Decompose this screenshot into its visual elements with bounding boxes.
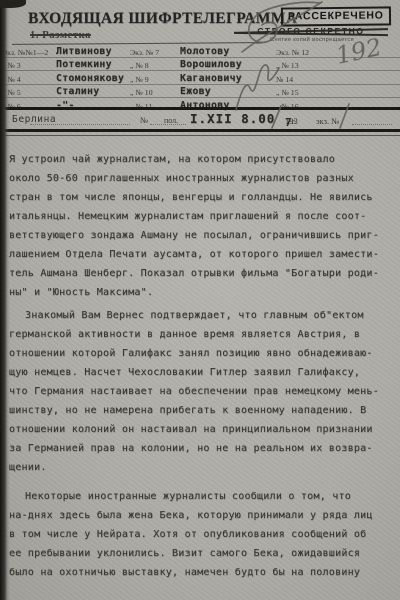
copy-number-label: „ № 3 xyxy=(2,61,56,70)
body-line: было на охотничью выставку, намечен будт… xyxy=(9,563,400,582)
year-suffix: г. xyxy=(292,116,297,126)
body-line: за Германией прав на колонии, но не на р… xyxy=(9,439,400,458)
secrecy-marking-struck: СТРОГО СЕКРЕТНО xyxy=(236,26,386,36)
body-line: в том числе у Нейрата. Хотя от опубликов… xyxy=(9,525,400,544)
body-line: германской активности в данное время явл… xyxy=(9,325,400,344)
body-line: щении. xyxy=(9,458,400,477)
copy-number-label: Экз. № 12 xyxy=(276,48,400,57)
body-line: Я устроил чай журналистам, на котором пр… xyxy=(9,150,400,169)
body-line: итальянцы. Немецким журналистам приглаше… xyxy=(9,207,400,226)
body-line: что Германия настаивает на обеспечении п… xyxy=(9,382,400,401)
paragraph: Некоторые иностранные журналисты сообщил… xyxy=(9,487,400,582)
scan-corner-artifact xyxy=(0,0,26,8)
recipient-name: Стомонякову xyxy=(56,73,130,84)
origin-line: Берлина № пол. I.XII 8.00 193 7г. экз. № xyxy=(0,110,400,128)
body-line: шинству, но не намерена прибегать к воен… xyxy=(9,401,400,420)
distribution-row: „ № 3 Потемкину „ № 8 Ворошилову „ № 13 xyxy=(0,58,400,72)
body-line: отношении которой Галифакс занял позицию… xyxy=(9,344,400,363)
copy-number-label: Экз. № 7 xyxy=(130,48,180,57)
body-line: ее пребывании уклонились. Визит самого Б… xyxy=(9,544,400,563)
telegram-body: Я устроил чай журналистам, на котором пр… xyxy=(0,150,400,582)
body-line: щую немцев. Насчет Чехословакии Гитлер з… xyxy=(9,363,400,382)
distribution-row: „ № 4 Стомонякову „ № 9 Кагановичу № 14 xyxy=(0,71,400,85)
copy-number-label: № 14 xyxy=(276,75,400,84)
received-datetime: I.XII 8.00 xyxy=(190,111,275,126)
blank-leader xyxy=(30,123,130,125)
copy-number-label: „ № 15 xyxy=(276,88,400,97)
telegram-document-scan: ВХОДЯЩАЯ ШИФРТЕЛЕГРАММА 1. Разметка РАСС… xyxy=(0,0,400,600)
copy-number-label: „ № 9 xyxy=(130,75,180,84)
recipient-name: Кагановичу xyxy=(180,73,276,84)
copy-number-field-label: экз. № xyxy=(316,116,339,126)
body-line: на-днях здесь была жена Бека, которую пр… xyxy=(9,506,400,525)
body-line: около 50-60 приглашенных иностранных жур… xyxy=(9,169,400,188)
distribution-row: Экз. №№1—2 Литвинову Экз. № 7 Молотову Э… xyxy=(0,44,400,58)
recipient-name: Ворошилову xyxy=(180,59,276,70)
copy-number-label: „ № 8 xyxy=(130,61,180,70)
recipient-name: Потемкину xyxy=(56,59,130,70)
copy-number-label: „ № 10 xyxy=(130,88,180,97)
scan-edge-shadow xyxy=(0,0,10,600)
received-label: пол. xyxy=(164,116,178,125)
rule-line-thin xyxy=(0,135,400,136)
body-line: Некоторые иностранные журналисты сообщил… xyxy=(9,487,400,506)
telegram-number-label: № xyxy=(140,115,148,125)
copy-number-label: „ № 4 xyxy=(2,75,56,84)
body-line: стран в том числе японцы, венгерцы и гол… xyxy=(9,188,400,207)
paragraph: Знакомый Вам Вернес подтверждает, что гл… xyxy=(9,306,400,477)
body-line: ны" и "Юность Максима". xyxy=(9,283,400,302)
paragraph: Я устроил чай журналистам, на котором пр… xyxy=(9,150,400,302)
copy-number-label: „ № 13 xyxy=(276,61,400,70)
recipient-name: Литвинову xyxy=(56,46,130,57)
recipient-name: Сталину xyxy=(56,86,130,97)
recipient-name: Ежову xyxy=(180,86,276,97)
body-line: тель Ашмана Шенберг. Показал отрывки фил… xyxy=(9,264,400,283)
declassified-stamp: РАССЕКРЕЧЕНО xyxy=(281,6,391,26)
section-label-struck: 1. Разметка xyxy=(30,30,91,41)
no-copies-notice: Снятие копий воспрещается xyxy=(237,37,387,43)
copy-number-label: „ № 5 xyxy=(2,88,56,97)
body-line: Знакомый Вам Вернес подтверждает, что гл… xyxy=(9,306,400,325)
blank-leader xyxy=(352,123,392,125)
recipient-name: Молотову xyxy=(180,46,276,57)
rule-line-heavy xyxy=(0,129,400,132)
copy-number-label: Экз. №№1—2 xyxy=(2,48,56,57)
distribution-table: Экз. №№1—2 Литвинову Экз. № 7 Молотову Э… xyxy=(0,44,400,111)
body-line: отношении колоний он настаивал на принци… xyxy=(9,420,400,439)
body-line: лашением Отдела Печати аусамта, от котор… xyxy=(9,245,400,264)
body-line: ветствующего зондажа Ашману не посылал, … xyxy=(9,226,400,245)
distribution-row: „ № 5 Сталину „ № 10 Ежову „ № 15 xyxy=(0,85,400,99)
year-field: 193 7г. xyxy=(285,116,292,129)
